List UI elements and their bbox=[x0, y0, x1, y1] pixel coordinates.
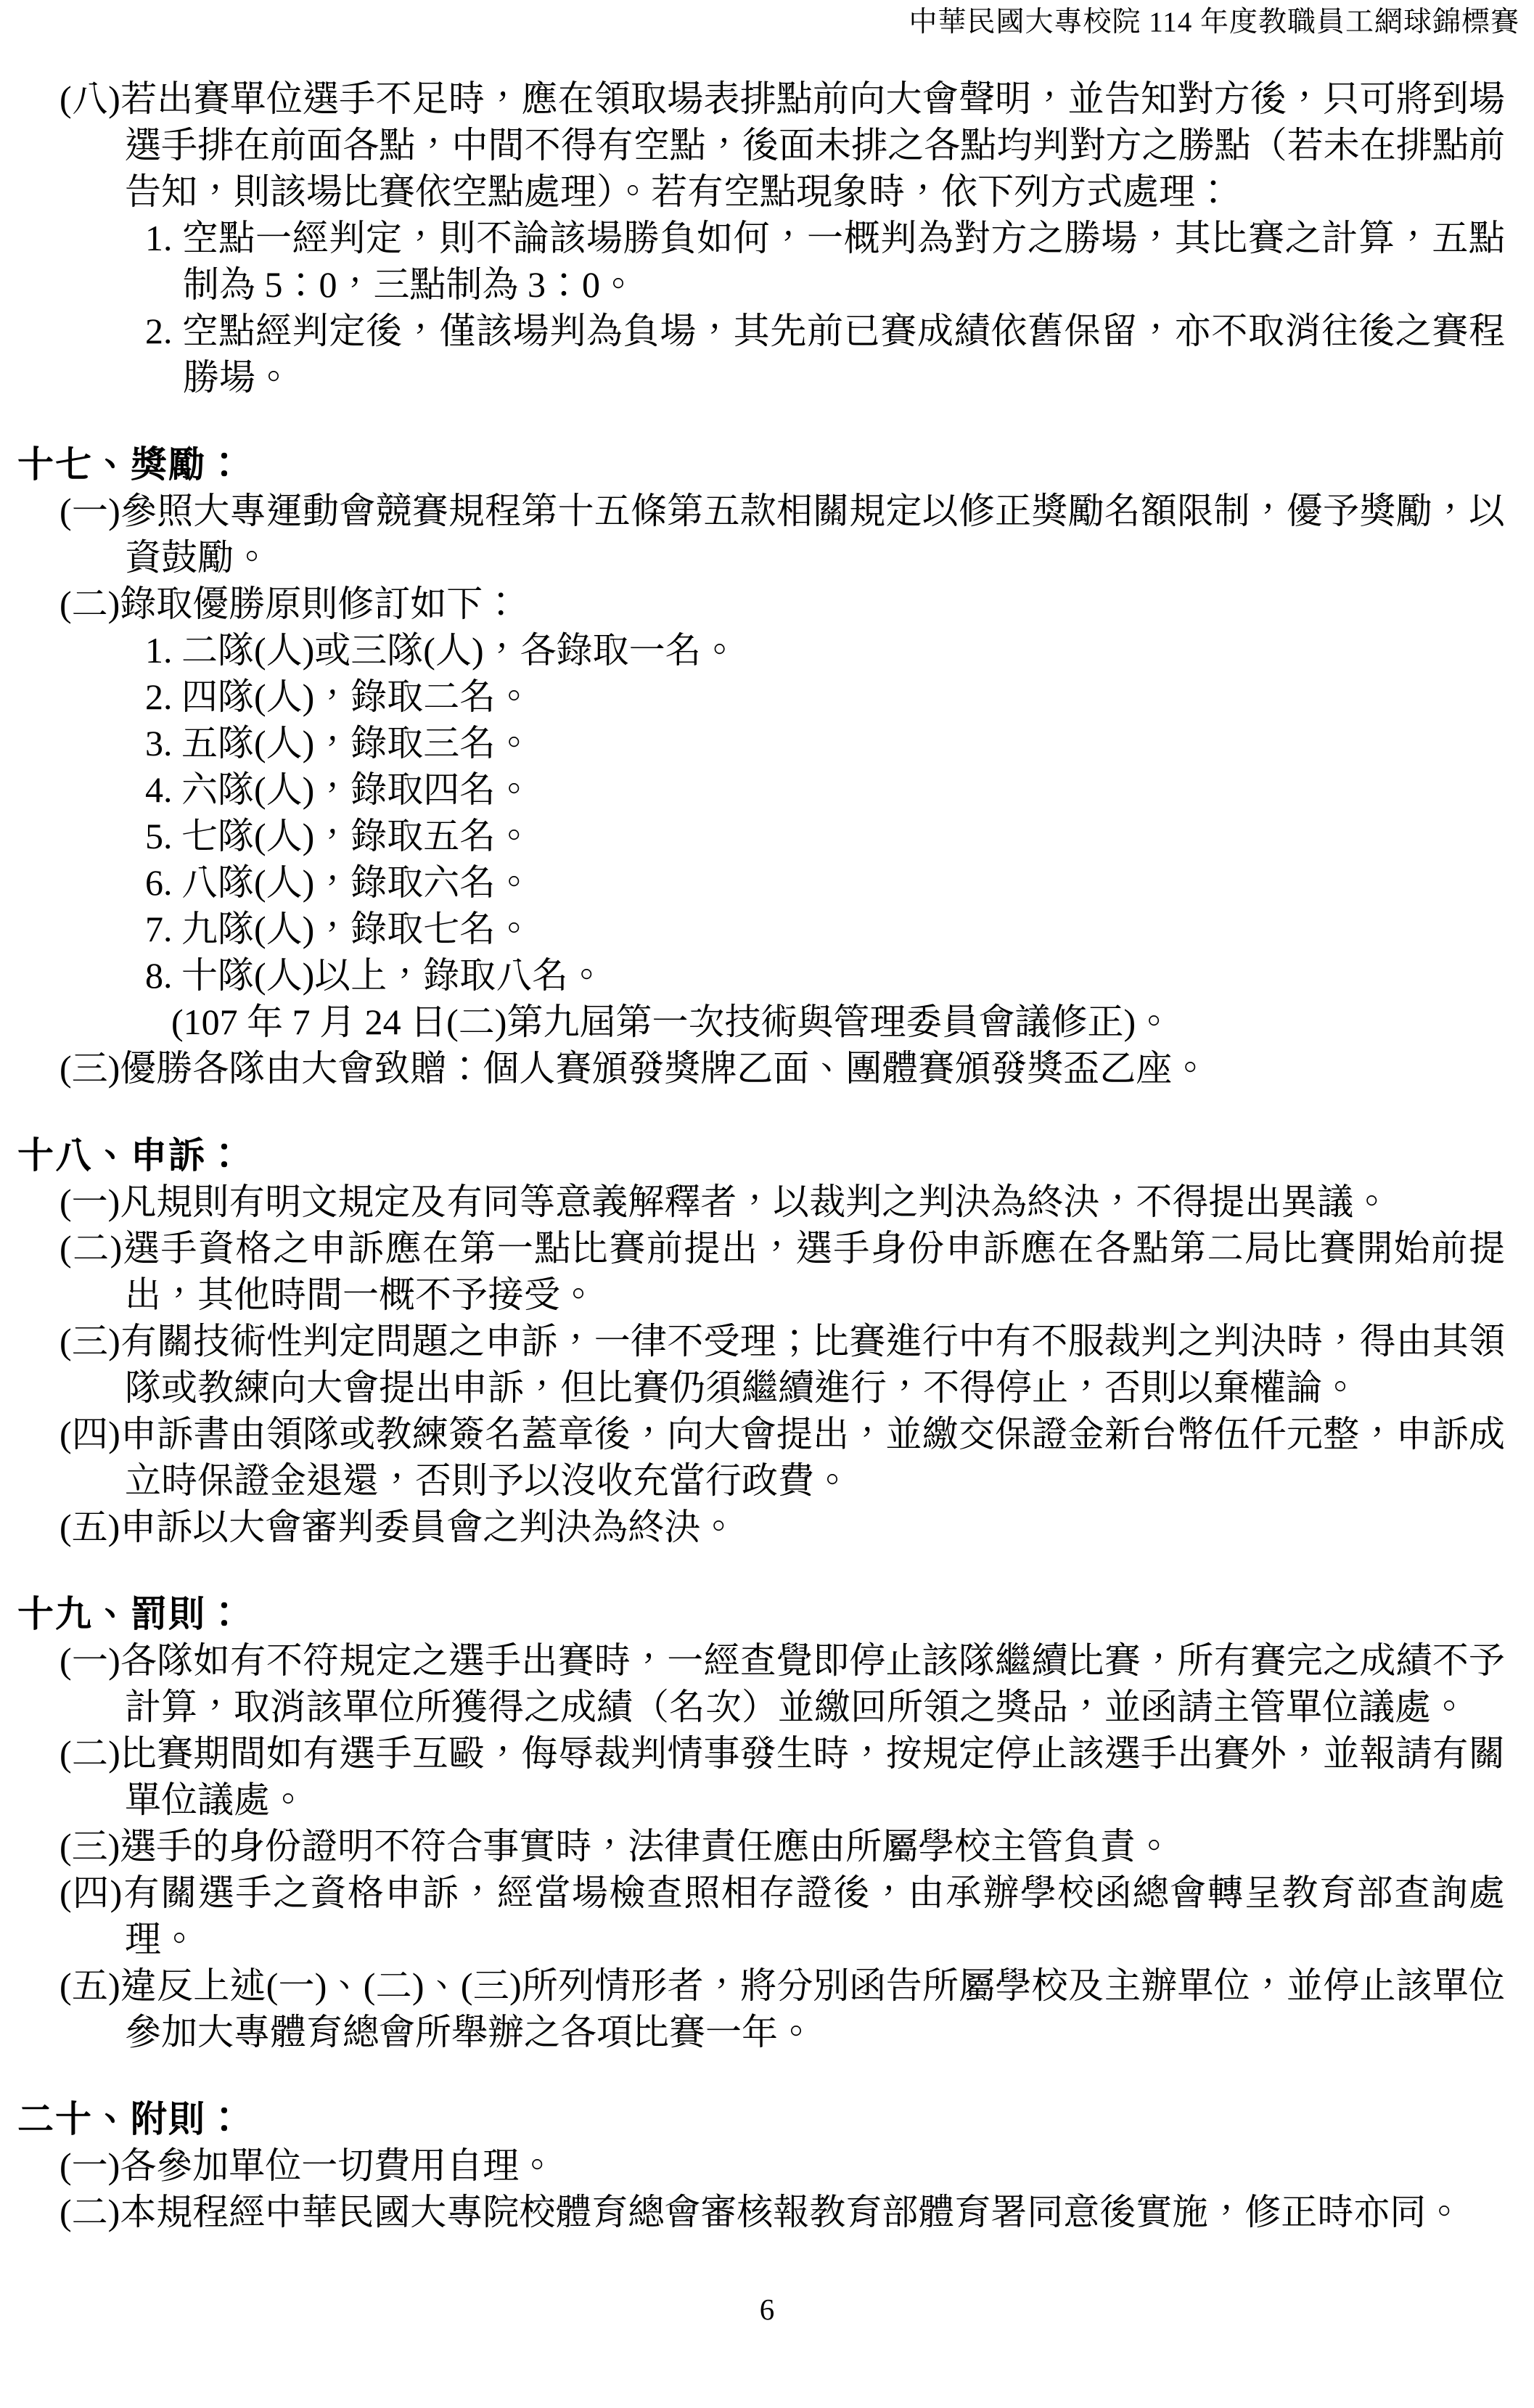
sub-clause: 3. 五隊(人)，錄取三名。 bbox=[145, 720, 1505, 766]
sub-clause-text: 四隊(人)，錄取二名。 bbox=[181, 676, 532, 717]
sub-clause-text: 六隊(人)，錄取四名。 bbox=[181, 769, 532, 810]
page-footer: 6 bbox=[0, 2286, 1534, 2359]
sub-clause: 5. 七隊(人)，錄取五名。 bbox=[145, 813, 1505, 859]
clause-text: 參照大專運動會競賽規程第十五條第五款相關規定以修正獎勵名額限制，優予獎勵，以資鼓… bbox=[120, 491, 1505, 578]
clause-label: (五) bbox=[60, 1507, 120, 1547]
clause-text: 選手的身份證明不符合事實時，法律責任應由所屬學校主管負責。 bbox=[120, 1826, 1172, 1867]
sub-clause-label: 6. bbox=[145, 862, 173, 903]
sub-clause-text: 空點經判定後，僅該場判為負場，其先前已賽成績依舊保留，亦不取消往後之賽程勝場。 bbox=[182, 311, 1505, 398]
clause-label: (一) bbox=[60, 491, 120, 531]
clause: (一)各隊如有不符規定之選手出賽時，一經查覺即停止該隊繼續比賽，所有賽完之成績不… bbox=[60, 1637, 1505, 1730]
sub-clause-label: 1. bbox=[145, 218, 173, 258]
sub-clause: 2. 四隊(人)，錄取二名。 bbox=[145, 673, 1505, 720]
sub-clause-label: 8. bbox=[145, 955, 173, 996]
clause-label: (二) bbox=[60, 1733, 120, 1774]
clause-text: 錄取優勝原則修訂如下： bbox=[120, 583, 519, 624]
section-heading-18: 十八、申訴： bbox=[17, 1132, 1505, 1179]
clause-label: (二) bbox=[60, 583, 120, 624]
clause-text: 違反上述(一)、(二)、(三)所列情形者，將分別函告所屬學校及主辦單位，並停止該… bbox=[120, 1965, 1505, 2052]
clause-label: (二) bbox=[60, 2192, 120, 2232]
sub-clause-label: 1. bbox=[145, 630, 173, 671]
clause: (三)優勝各隊由大會致贈：個人賽頒發獎牌乙面、團體賽頒發獎盃乙座。 bbox=[60, 1045, 1505, 1092]
amendment-note: (107 年 7 月 24 日(二)第九屆第一次技術與管理委員會議修正)。 bbox=[171, 999, 1505, 1045]
clause: (三)選手的身份證明不符合事實時，法律責任應由所屬學校主管負責。 bbox=[60, 1823, 1505, 1870]
clause: (一)各參加單位一切費用自理。 bbox=[60, 2142, 1505, 2189]
section-heading-19: 十九、罰則： bbox=[17, 1591, 1505, 1637]
clause: (二)本規程經中華民國大專院校體育總會審核報教育部體育署同意後實施，修正時亦同。 bbox=[60, 2189, 1505, 2235]
clause-text: 若出賽單位選手不足時，應在領取場表排點前向大會聲明，並告知對方後，只可將到場選手… bbox=[120, 78, 1505, 212]
sub-clause: 2. 空點經判定後，僅該場判為負場，其先前已賽成績依舊保留，亦不取消往後之賽程勝… bbox=[145, 308, 1505, 401]
section-heading-20: 二十、附則： bbox=[17, 2096, 1505, 2142]
clause-label: (三) bbox=[60, 1321, 120, 1361]
clause: (四)申訴書由領隊或教練簽名蓋章後，向大會提出，並繳交保證金新台幣伍仟元整，申訴… bbox=[60, 1411, 1505, 1504]
sub-clause-text: 九隊(人)，錄取七名。 bbox=[181, 909, 532, 949]
page-number: 6 bbox=[760, 2293, 775, 2326]
clause-text: 申訴書由領隊或教練簽名蓋章後，向大會提出，並繳交保證金新台幣伍仟元整，申訴成立時… bbox=[120, 1414, 1505, 1501]
section-heading-17: 十七、獎勵： bbox=[17, 441, 1505, 488]
document-content: (八)若出賽單位選手不足時，應在領取場表排點前向大會聲明，並告知對方後，只可將到… bbox=[0, 39, 1534, 2235]
sub-clause: 4. 六隊(人)，錄取四名。 bbox=[145, 766, 1505, 813]
clause-text: 各參加單位一切費用自理。 bbox=[120, 2145, 555, 2186]
page-header-title: 中華民國大專校院 114 年度教職員工網球錦標賽 bbox=[0, 0, 1534, 39]
clause-label: (三) bbox=[60, 1048, 120, 1089]
clause-label: (八) bbox=[60, 78, 120, 119]
clause-text: 本規程經中華民國大專院校體育總會審核報教育部體育署同意後實施，修正時亦同。 bbox=[120, 2192, 1462, 2232]
sub-clause-label: 5. bbox=[145, 816, 173, 856]
clause: (五)申訴以大會審判委員會之判決為終決。 bbox=[60, 1504, 1505, 1550]
clause-label: (四) bbox=[60, 1414, 120, 1454]
sub-clause: 1. 空點一經判定，則不論該場勝負如何，一概判為對方之勝場，其比賽之計算，五點制… bbox=[145, 215, 1505, 308]
clause-8: (八)若出賽單位選手不足時，應在領取場表排點前向大會聲明，並告知對方後，只可將到… bbox=[60, 75, 1505, 215]
clause: (五)違反上述(一)、(二)、(三)所列情形者，將分別函告所屬學校及主辦單位，並… bbox=[60, 1962, 1505, 2055]
clause: (二)選手資格之申訴應在第一點比賽前提出，選手身份申訴應在各點第二局比賽開始前提… bbox=[60, 1225, 1505, 1318]
sub-clause-text: 二隊(人)或三隊(人)，各錄取一名。 bbox=[181, 630, 738, 671]
sub-clause-text: 七隊(人)，錄取五名。 bbox=[181, 816, 532, 856]
sub-clause: 1. 二隊(人)或三隊(人)，各錄取一名。 bbox=[145, 627, 1505, 673]
sub-clause-text: 十隊(人)以上，錄取八名。 bbox=[181, 955, 604, 996]
clause-text: 選手資格之申訴應在第一點比賽前提出，選手身份申訴應在各點第二局比賽開始前提出，其… bbox=[122, 1228, 1505, 1315]
clause: (一)凡規則有明文規定及有同等意義解釋者，以裁判之判決為終決，不得提出異議。 bbox=[60, 1179, 1505, 1225]
clause-label: (一) bbox=[60, 1640, 120, 1681]
clause: (二)比賽期間如有選手互毆，侮辱裁判情事發生時，按規定停止該選手出賽外，並報請有… bbox=[60, 1730, 1505, 1823]
clause-label: (五) bbox=[60, 1965, 120, 2006]
sub-clause-label: 2. bbox=[145, 676, 173, 717]
clause-label: (一) bbox=[60, 2145, 120, 2186]
clause-text: 申訴以大會審判委員會之判決為終決。 bbox=[120, 1507, 737, 1547]
sub-clause: 7. 九隊(人)，錄取七名。 bbox=[145, 906, 1505, 952]
clause-label: (三) bbox=[60, 1826, 120, 1867]
sub-clause-label: 4. bbox=[145, 769, 173, 810]
clause-text: 有關技術性判定問題之申訴，一律不受理；比賽進行中有不服裁判之判決時，得由其領隊或… bbox=[120, 1321, 1505, 1408]
sub-clause: 6. 八隊(人)，錄取六名。 bbox=[145, 859, 1505, 906]
clause-text: 有關選手之資格申訴，經當場檢查照相存證後，由承辦學校函總會轉呈教育部查詢處理。 bbox=[122, 1872, 1505, 1959]
sub-clause-label: 2. bbox=[145, 311, 173, 351]
clause: (一)參照大專運動會競賽規程第十五條第五款相關規定以修正獎勵名額限制，優予獎勵，… bbox=[60, 488, 1505, 581]
clause: (二)錄取優勝原則修訂如下： bbox=[60, 581, 1505, 627]
clause-text: 優勝各隊由大會致贈：個人賽頒發獎牌乙面、團體賽頒發獎盃乙座。 bbox=[120, 1048, 1208, 1089]
clause-text: 各隊如有不符規定之選手出賽時，一經查覺即停止該隊繼續比賽，所有賽完之成績不予計算… bbox=[120, 1640, 1505, 1727]
clause-text: 比賽期間如有選手互毆，侮辱裁判情事發生時，按規定停止該選手出賽外，並報請有關單位… bbox=[120, 1733, 1505, 1820]
clause-text: 凡規則有明文規定及有同等意義解釋者，以裁判之判決為終決，不得提出異議。 bbox=[120, 1182, 1390, 1222]
clause-label: (一) bbox=[60, 1182, 120, 1222]
sub-clause-text: 八隊(人)，錄取六名。 bbox=[181, 862, 532, 903]
sub-clause-text: 空點一經判定，則不論該場勝負如何，一概判為對方之勝場，其比賽之計算，五點制為 5… bbox=[182, 218, 1505, 305]
document-page: 中華民國大專校院 114 年度教職員工網球錦標賽 (八)若出賽單位選手不足時，應… bbox=[0, 0, 1534, 2408]
clause-label: (四) bbox=[60, 1872, 122, 1913]
clause: (三)有關技術性判定問題之申訴，一律不受理；比賽進行中有不服裁判之判決時，得由其… bbox=[60, 1318, 1505, 1411]
sub-clause-label: 7. bbox=[145, 909, 173, 949]
sub-clause: 8. 十隊(人)以上，錄取八名。 bbox=[145, 952, 1505, 999]
sub-clause-label: 3. bbox=[145, 723, 173, 763]
clause: (四)有關選手之資格申訴，經當場檢查照相存證後，由承辦學校函總會轉呈教育部查詢處… bbox=[60, 1870, 1505, 1962]
clause-label: (二) bbox=[60, 1228, 122, 1269]
sub-clause-text: 五隊(人)，錄取三名。 bbox=[181, 723, 532, 763]
